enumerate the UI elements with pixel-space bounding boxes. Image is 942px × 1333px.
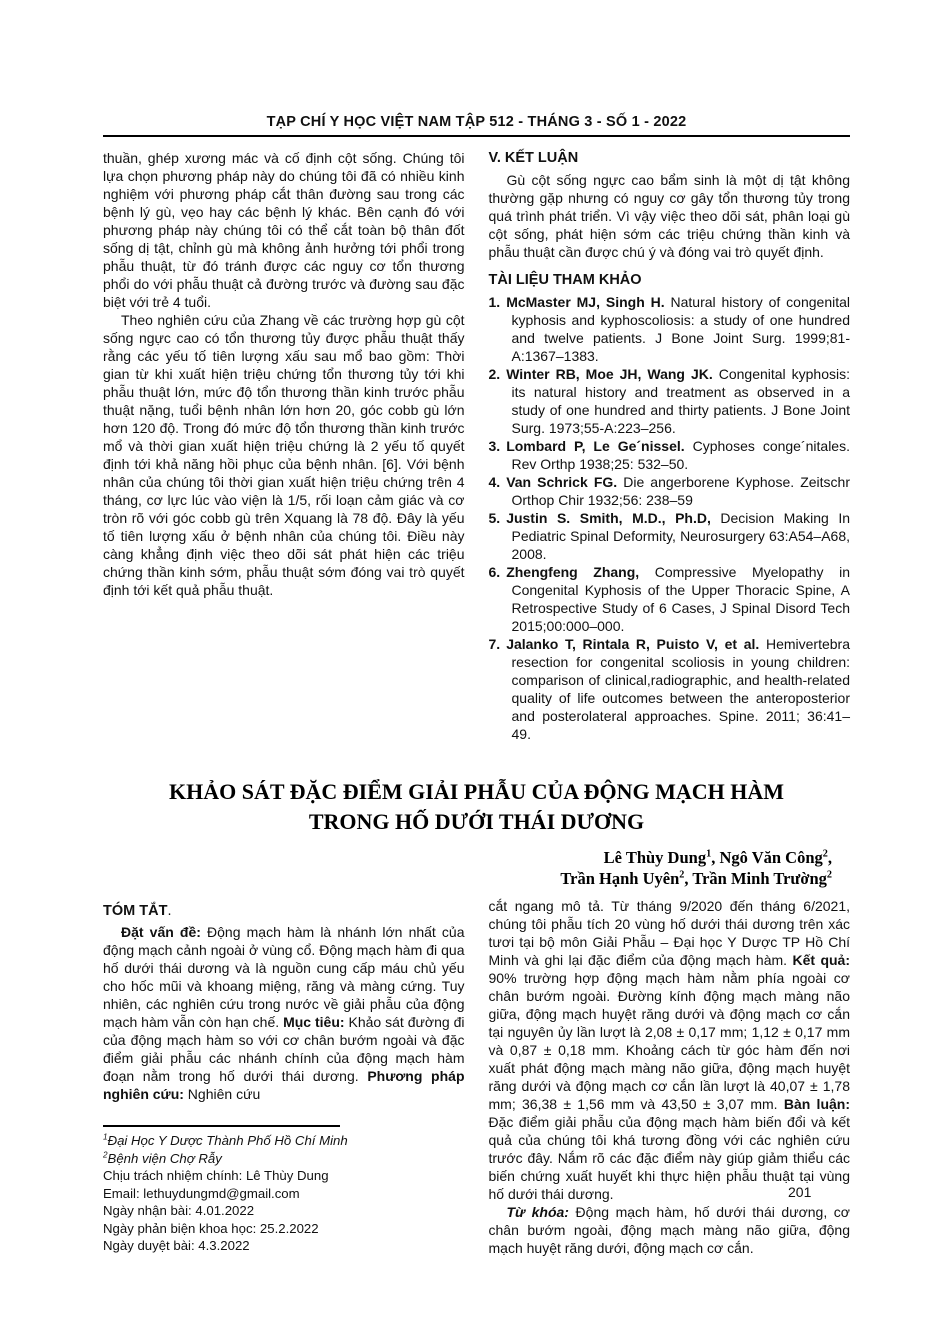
discussion-paragraph-2: Theo nghiên cứu của Zhang về các trường …	[103, 311, 465, 599]
authors-line-1: Lê Thùy Dung1, Ngô Văn Công2,	[103, 847, 832, 868]
journal-page: TẠP CHÍ Y HỌC VIỆT NAM TẬP 512 - THÁNG 3…	[0, 0, 942, 1333]
discussion-paragraph-1: thuần, ghép xương mác và cố định cột sốn…	[103, 149, 465, 311]
reference-authors: Justin S. Smith, M.D., Ph.D,	[506, 510, 711, 526]
author-name: Lê Thùy Dung	[604, 848, 706, 867]
author-name: , Trần Minh Trường	[684, 869, 827, 888]
footnote-date-received: Ngày nhận bài: 4.01.2022	[103, 1202, 465, 1220]
reference-number: 7.	[489, 636, 507, 652]
keywords-label: Từ khóa:	[507, 1204, 569, 1220]
journal-running-head: TẠP CHÍ Y HỌC VIỆT NAM TẬP 512 - THÁNG 3…	[103, 112, 850, 132]
abstract-heading: TÓM TẮT.	[103, 902, 465, 921]
reference-number: 1.	[489, 294, 507, 310]
article-title: KHẢO SÁT ĐẶC ĐIỂM GIẢI PHẪU CỦA ĐỘNG MẠC…	[103, 777, 850, 837]
authors-block: Lê Thùy Dung1, Ngô Văn Công2, Trần Hạnh …	[103, 847, 850, 889]
footnote-divider	[103, 1125, 340, 1127]
author-name: , Ngô Văn Công	[711, 848, 823, 867]
reference-authors: Jalanko T, Rintala R, Puisto V, et al.	[506, 636, 759, 652]
affiliation-text: Bệnh viện Chợ Rẫy	[108, 1151, 222, 1166]
reference-number: 3.	[489, 438, 507, 454]
abstract-text-results: 90% trường hợp động mạch hàm nằm phía ng…	[489, 970, 851, 1112]
footnote-email: Email: lethuydungmd@gmail.com	[103, 1185, 465, 1203]
header-divider	[103, 135, 850, 137]
abstract-heading-period: .	[167, 903, 171, 919]
reference-number: 4.	[489, 474, 507, 490]
footnote-affiliation-2: 2Bệnh viện Chợ Rẫy	[103, 1150, 465, 1168]
author-name: Trần Hạnh Uyên	[560, 869, 679, 888]
page-number: 201	[788, 1184, 811, 1200]
footnote-corresponding-author: Chịu trách nhiệm chính: Lê Thùy Dung	[103, 1167, 465, 1185]
abstract-section: TÓM TẮT. Đặt vấn đề: Động mạch hàm là nh…	[103, 897, 850, 1257]
reference-authors: Lombard P, Le Ge´nissel.	[506, 438, 684, 454]
article-title-line-1: KHẢO SÁT ĐẶC ĐIỂM GIẢI PHẪU CỦA ĐỘNG MẠC…	[103, 777, 850, 807]
reference-authors: Van Schrick FG.	[506, 474, 617, 490]
reference-item: 3.Lombard P, Le Ge´nissel. Cyphoses cong…	[489, 437, 851, 473]
abstract-label-objective: Mục tiêu:	[283, 1014, 345, 1030]
references-heading: TÀI LIỆU THAM KHẢO	[489, 271, 851, 290]
reference-authors: Zhengfeng Zhang,	[506, 564, 639, 580]
abstract-right-column: cắt ngang mô tả. Từ tháng 9/2020 đến thá…	[489, 897, 851, 1257]
reference-item: 6.Zhengfeng Zhang, Compressive Myelopath…	[489, 563, 851, 635]
abstract-label-results: Kết quả:	[792, 952, 850, 968]
abstract-heading-text: TÓM TẮT	[103, 903, 167, 919]
abstract-left-column: TÓM TẮT. Đặt vấn đề: Động mạch hàm là nh…	[103, 897, 465, 1257]
previous-article-section: thuần, ghép xương mác và cố định cột sốn…	[103, 149, 850, 743]
article-title-line-2: TRONG HỐ DƯỚI THÁI DƯƠNG	[103, 807, 850, 837]
authors-line-2: Trần Hạnh Uyên2, Trần Minh Trường2	[103, 868, 832, 889]
reference-item: 5.Justin S. Smith, M.D., Ph.D, Decision …	[489, 509, 851, 563]
reference-number: 6.	[489, 564, 507, 580]
abstract-label-background: Đặt vấn đề:	[121, 924, 201, 940]
abstract-paragraph-right: cắt ngang mô tả. Từ tháng 9/2020 đến thá…	[489, 897, 851, 1203]
reference-item: 7.Jalanko T, Rintala R, Puisto V, et al.…	[489, 635, 851, 743]
left-column-discussion: thuần, ghép xương mác và cố định cột sốn…	[103, 149, 465, 743]
reference-item: 2.Winter RB, Moe JH, Wang JK. Congenital…	[489, 365, 851, 437]
abstract-text-methods: Nghiên cứu	[184, 1086, 260, 1102]
affiliation-text: Đại Học Y Dược Thành Phố Hồ Chí Minh	[108, 1133, 348, 1148]
reference-number: 2.	[489, 366, 507, 382]
keywords-paragraph: Từ khóa: Động mạch hàm, hố dưới thái dươ…	[489, 1203, 851, 1257]
reference-authors: McMaster MJ, Singh H.	[506, 294, 664, 310]
reference-item: 1.McMaster MJ, Singh H. Natural history …	[489, 293, 851, 365]
reference-number: 5.	[489, 510, 507, 526]
abstract-paragraph-left: Đặt vấn đề: Động mạch hàm là nhánh lớn n…	[103, 923, 465, 1103]
right-column-conclusion-references: V. KẾT LUẬN Gù cột sống ngực cao bẩm sin…	[489, 149, 851, 743]
abstract-label-discussion: Bàn luận:	[784, 1096, 850, 1112]
reference-authors: Winter RB, Moe JH, Wang JK.	[506, 366, 713, 382]
author-affiliation-sup: 2	[827, 870, 832, 881]
conclusion-text: Gù cột sống ngực cao bẩm sinh là một dị …	[489, 171, 851, 261]
authors-line-tail: ,	[828, 848, 832, 867]
footnote-block: 1Đại Học Y Dược Thành Phố Hồ Chí Minh 2B…	[103, 1125, 465, 1255]
footnote-date-accepted: Ngày duyệt bài: 4.3.2022	[103, 1237, 465, 1255]
footnote-date-reviewed: Ngày phản biện khoa học: 25.2.2022	[103, 1220, 465, 1238]
page-content: TẠP CHÍ Y HỌC VIỆT NAM TẬP 512 - THÁNG 3…	[103, 112, 850, 1257]
reference-list: 1.McMaster MJ, Singh H. Natural history …	[489, 293, 851, 743]
footnote-affiliation-1: 1Đại Học Y Dược Thành Phố Hồ Chí Minh	[103, 1132, 465, 1150]
conclusion-heading: V. KẾT LUẬN	[489, 149, 851, 168]
reference-item: 4.Van Schrick FG. Die angerborene Kyphos…	[489, 473, 851, 509]
